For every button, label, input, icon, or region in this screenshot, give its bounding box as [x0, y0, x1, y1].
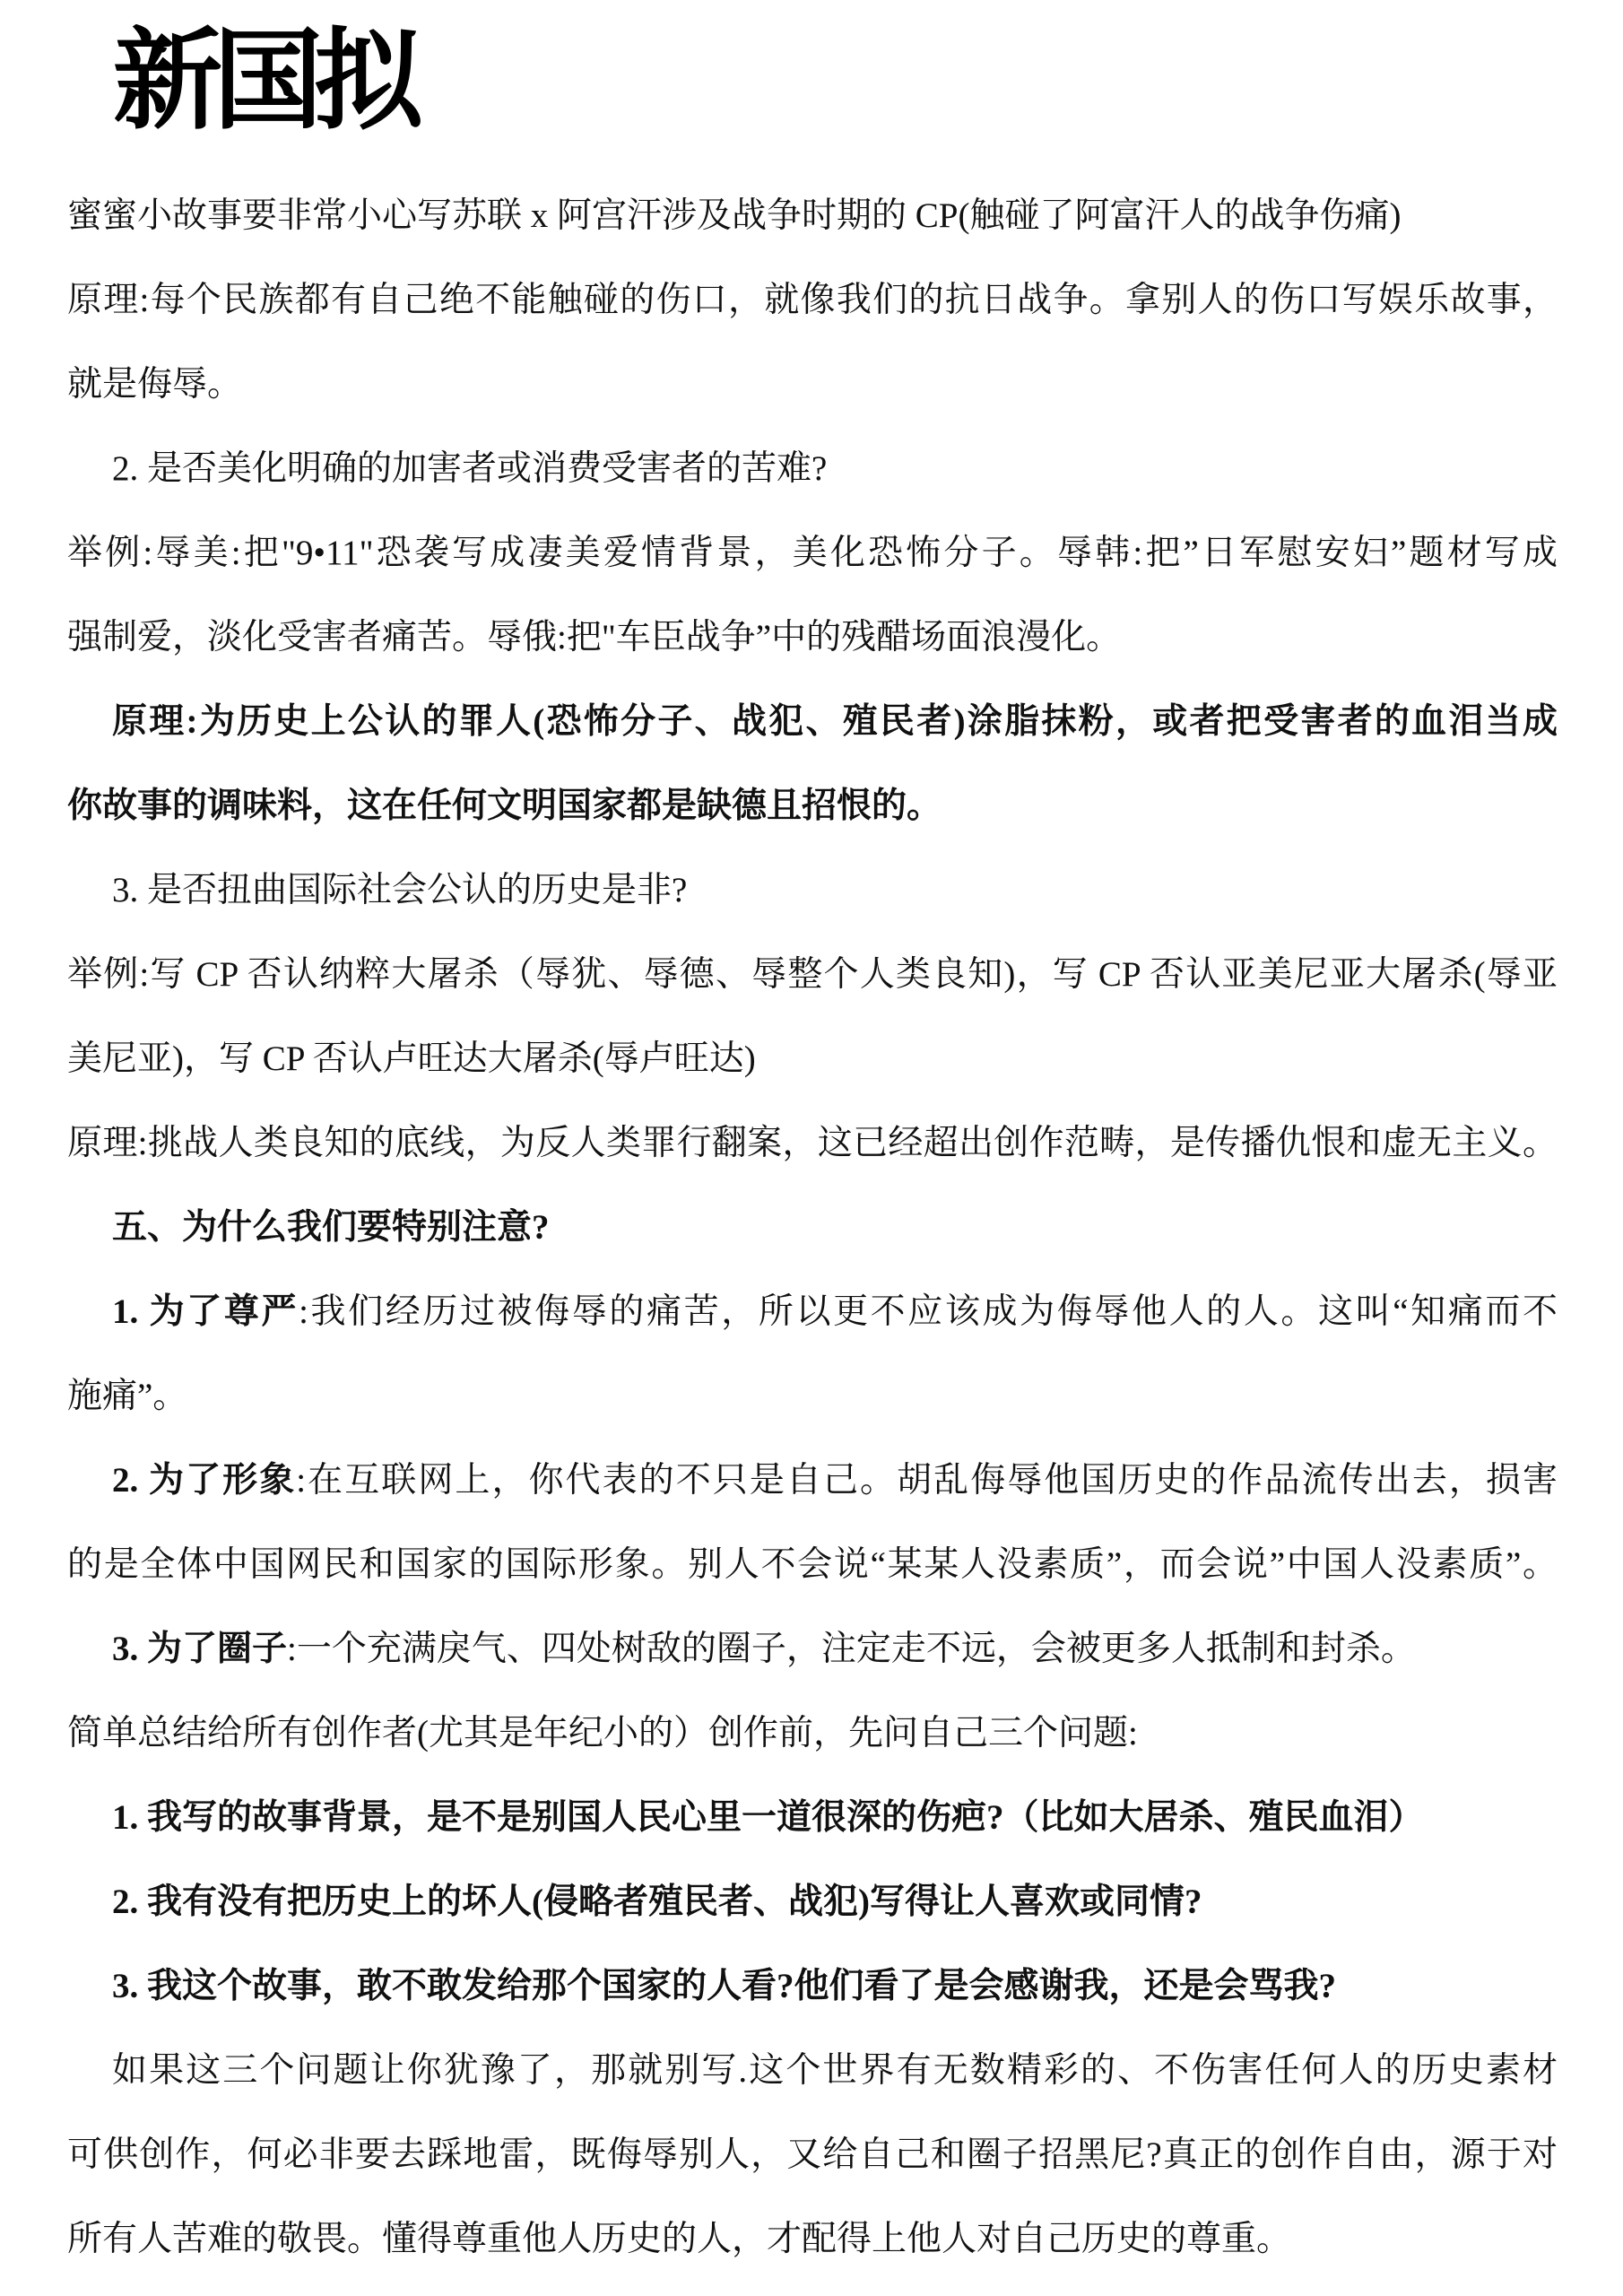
- text-segment: 举例:写 CP 否认纳粹大屠杀（辱犹、辱德、辱整个人类良知)，写 CP 否认亚美…: [67, 955, 1558, 994]
- text-line: 所有人苦难的敬畏。懂得尊重他人历史的人，才配得上他人对自己历史的尊重。: [67, 2197, 1558, 2282]
- text-segment: 原理:挑战人类良知的底线，为反人类罪行翻案，这已经超出创作范畴，是传播仇恨和虚无…: [67, 1124, 1558, 1162]
- text-segment: 你故事的调味料，这在任何文明国家都是缺德且招恨的。: [67, 787, 942, 825]
- text-segment: 就是侮辱。: [67, 365, 242, 404]
- text-line: 五、为什么我们要特别注意?: [67, 1186, 1558, 1270]
- text-segment: 3. 是否扭曲国际社会公认的历史是非?: [112, 871, 687, 909]
- text-line: 举例:写 CP 否认纳粹大屠杀（辱犹、辱德、辱整个人类良知)，写 CP 否认亚美…: [67, 933, 1558, 1017]
- text-line: 美尼亚)，写 CP 否认卢旺达大屠杀(辱卢旺达): [67, 1017, 1558, 1101]
- text-segment: :在互联网上，你代表的不只是自己。胡乱侮辱他国历史的作品流传出去，损害: [296, 1461, 1558, 1500]
- text-line: 3. 为了圈子:一个充满戾气、四处树敌的圈子，注定走不远，会被更多人抵制和封杀。: [67, 1607, 1558, 1692]
- text-segment: 2. 为了形象: [112, 1461, 296, 1500]
- text-line: 的是全体中国网民和国家的国际形象。别人不会说“某某人没素质”，而会说”中国人没素…: [67, 1523, 1558, 1607]
- text-line: 原理:挑战人类良知的底线，为反人类罪行翻案，这已经超出创作范畴，是传播仇恨和虚无…: [67, 1101, 1558, 1186]
- text-segment: 原理:每个民族都有自己绝不能触碰的伤口，就像我们的抗日战争。拿别人的伤口写娱乐故…: [67, 281, 1558, 319]
- text-segment: 五、为什么我们要特别注意?: [112, 1208, 550, 1247]
- text-segment: 蜜蜜小故事要非常小心写苏联 x 阿宫汗涉及战争时期的 CP(触碰了阿富汗人的战争…: [67, 196, 1401, 235]
- text-segment: 施痛”。: [67, 1377, 187, 1415]
- text-line: 原理:每个民族都有自己绝不能触碰的伤口，就像我们的抗日战争。拿别人的伤口写娱乐故…: [67, 258, 1558, 343]
- text-segment: 2. 我有没有把历史上的坏人(侵略者殖民者、战犯)写得让人喜欢或同情?: [112, 1883, 1202, 1921]
- text-line: 简单总结给所有创作者(尤其是年纪小的）创作前，先问自己三个问题:: [67, 1692, 1558, 1776]
- text-segment: 1. 为了尊严: [112, 1292, 299, 1331]
- text-segment: 2. 是否美化明确的加害者或消费受害者的苦难?: [112, 449, 827, 488]
- text-segment: 的是全体中国网民和国家的国际形象。别人不会说“某某人没素质”，而会说”中国人没素…: [67, 1545, 1558, 1584]
- text-line: 可供创作，何必非要去踩地雷，既侮辱别人，又给自己和圈子招黑尼?真正的创作自由，源…: [67, 2113, 1558, 2197]
- text-segment: 3. 我这个故事，敢不敢发给那个国家的人看?他们看了是会感谢我，还是会骂我?: [112, 1967, 1336, 2005]
- text-line: 强制爱，淡化受害者痛苦。辱俄:把"车臣战争”中的残醋场面浪漫化。: [67, 596, 1558, 680]
- text-segment: :一个充满戾气、四处树敌的圈子，注定走不远，会被更多人抵制和封杀。: [287, 1630, 1416, 1668]
- text-line: 如果这三个问题让你犹豫了，那就别写.这个世界有无数精彩的、不伤害任何人的历史素材: [67, 2029, 1558, 2113]
- text-segment: 原理:为历史上公认的罪人(恐怖分子、战犯、殖民者)涂脂抹粉，或者把受害者的血泪当…: [112, 702, 1558, 741]
- document-page: 新国拟 蜜蜜小故事要非常小心写苏联 x 阿宫汗涉及战争时期的 CP(触碰了阿富汗…: [0, 0, 1623, 2296]
- document-title: 新国拟: [0, 0, 1623, 138]
- text-segment: 所有人苦难的敬畏。懂得尊重他人历史的人，才配得上他人对自己历史的尊重。: [67, 2220, 1291, 2258]
- text-segment: 3. 为了圈子: [112, 1630, 287, 1668]
- text-line: 原理:为历史上公认的罪人(恐怖分子、战犯、殖民者)涂脂抹粉，或者把受害者的血泪当…: [67, 680, 1558, 764]
- text-line: 举例:辱美:把"9•11"恐袭写成凄美爱情背景，美化恐怖分子。辱韩:把”日军慰安…: [67, 511, 1558, 596]
- text-line: 2. 我有没有把历史上的坏人(侵略者殖民者、战犯)写得让人喜欢或同情?: [67, 1860, 1558, 1944]
- text-segment: 可供创作，何必非要去踩地雷，既侮辱别人，又给自己和圈子招黑尼?真正的创作自由，源…: [67, 2135, 1558, 2174]
- text-segment: 简单总结给所有创作者(尤其是年纪小的）创作前，先问自己三个问题:: [67, 1714, 1138, 1752]
- text-segment: 如果这三个问题让你犹豫了，那就别写.这个世界有无数精彩的、不伤害任何人的历史素材: [112, 2051, 1558, 2090]
- text-line: 3. 是否扭曲国际社会公认的历史是非?: [67, 848, 1558, 933]
- text-segment: 美尼亚)，写 CP 否认卢旺达大屠杀(辱卢旺达): [67, 1039, 756, 1078]
- text-line: 2. 是否美化明确的加害者或消费受害者的苦难?: [67, 427, 1558, 511]
- text-line: 1. 为了尊严:我们经历过被侮辱的痛苦，所以更不应该成为侮辱他人的人。这叫“知痛…: [67, 1270, 1558, 1354]
- text-line: 1. 我写的故事背景，是不是别国人民心里一道很深的伤疤?（比如大居杀、殖民血泪）: [67, 1776, 1558, 1860]
- text-line: 施痛”。: [67, 1354, 1558, 1439]
- text-segment: 强制爱，淡化受害者痛苦。辱俄:把"车臣战争”中的残醋场面浪漫化。: [67, 618, 1121, 657]
- text-line: 2. 为了形象:在互联网上，你代表的不只是自己。胡乱侮辱他国历史的作品流传出去，…: [67, 1439, 1558, 1523]
- text-segment: 举例:辱美:把"9•11"恐袭写成凄美爱情背景，美化恐怖分子。辱韩:把”日军慰安…: [67, 534, 1558, 572]
- text-line: 3. 我这个故事，敢不敢发给那个国家的人看?他们看了是会感谢我，还是会骂我?: [67, 1944, 1558, 2029]
- text-segment: 1. 我写的故事背景，是不是别国人民心里一道很深的伤疤?（比如大居杀、殖民血泪）: [112, 1798, 1424, 1837]
- document-body: 蜜蜜小故事要非常小心写苏联 x 阿宫汗涉及战争时期的 CP(触碰了阿富汗人的战争…: [67, 174, 1558, 2282]
- text-line: 你故事的调味料，这在任何文明国家都是缺德且招恨的。: [67, 764, 1558, 848]
- text-segment: :我们经历过被侮辱的痛苦，所以更不应该成为侮辱他人的人。这叫“知痛而不: [299, 1292, 1558, 1331]
- text-line: 就是侮辱。: [67, 343, 1558, 427]
- text-line: 蜜蜜小故事要非常小心写苏联 x 阿宫汗涉及战争时期的 CP(触碰了阿富汗人的战争…: [67, 174, 1558, 258]
